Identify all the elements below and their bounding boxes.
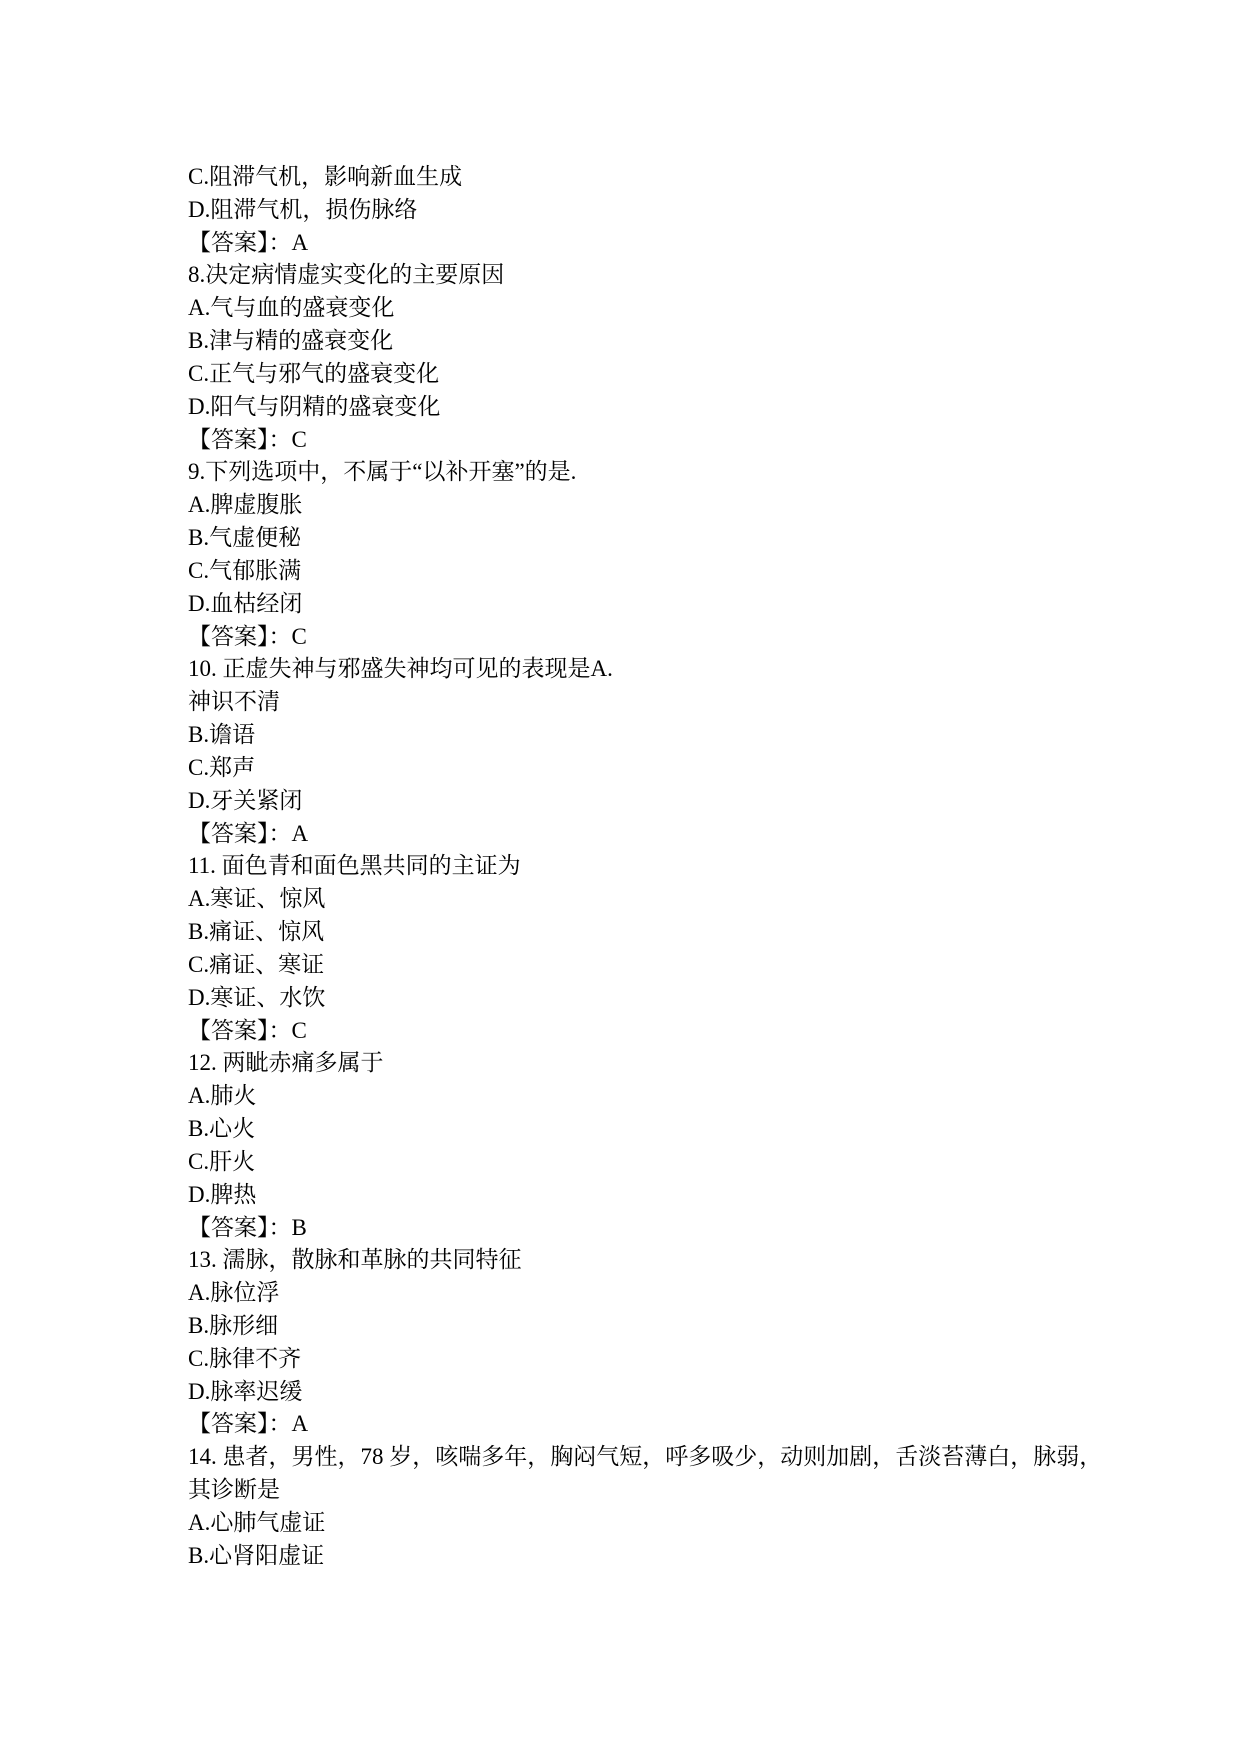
- question-stem: 10. 正虚失神与邪盛失神均可见的表现是A.: [188, 653, 1102, 686]
- question-option: C.阻滞气机，影响新血生成: [188, 161, 1102, 194]
- question-stem: 12. 两眦赤痛多属于: [188, 1047, 1102, 1080]
- question-option: C.痛证、寒证: [188, 949, 1102, 982]
- question-option: D.血枯经闭: [188, 588, 1102, 621]
- answer-line: 【答案】：B: [188, 1212, 1102, 1245]
- question-stem: 9.下列选项中，不属于“以补开塞”的是.: [188, 456, 1102, 489]
- question-block: 13. 濡脉，散脉和革脉的共同特征 A.脉位浮 B.脉形细 C.脉律不齐 D.脉…: [188, 1244, 1102, 1441]
- answer-line: 【答案】：A: [188, 1408, 1102, 1441]
- question-option: B.心肾阳虚证: [188, 1540, 1102, 1573]
- question-stem: 14. 患者，男性，78 岁，咳喘多年，胸闷气短，呼多吸少，动则加剧，舌淡苔薄白…: [188, 1441, 1102, 1474]
- question-option: A.寒证、惊风: [188, 883, 1102, 916]
- question-option: A.气与血的盛衰变化: [188, 292, 1102, 325]
- answer-line: 【答案】：C: [188, 1015, 1102, 1048]
- question-option: D.寒证、水饮: [188, 982, 1102, 1015]
- question-option: C.郑声: [188, 752, 1102, 785]
- question-block: 12. 两眦赤痛多属于 A.肺火 B.心火 C.肝火 D.脾热 【答案】：B: [188, 1047, 1102, 1244]
- question-option: D.脾热: [188, 1179, 1102, 1212]
- question-block: 9.下列选项中，不属于“以补开塞”的是. A.脾虚腹胀 B.气虚便秘 C.气郁胀…: [188, 456, 1102, 653]
- question-option: B.脉形细: [188, 1310, 1102, 1343]
- question-block: C.阻滞气机，影响新血生成 D.阻滞气机，损伤脉络 【答案】：A: [188, 161, 1102, 259]
- question-stem: 13. 濡脉，散脉和革脉的共同特征: [188, 1244, 1102, 1277]
- answer-line: 【答案】：C: [188, 621, 1102, 654]
- question-block: 11. 面色青和面色黑共同的主证为 A.寒证、惊风 B.痛证、惊风 C.痛证、寒…: [188, 850, 1102, 1047]
- question-stem: 8.决定病情虚实变化的主要原因: [188, 259, 1102, 292]
- question-option: A.肺火: [188, 1080, 1102, 1113]
- question-option: A.心肺气虚证: [188, 1507, 1102, 1540]
- question-option: A.脉位浮: [188, 1277, 1102, 1310]
- question-option: D.脉率迟缓: [188, 1376, 1102, 1409]
- question-option: B.气虚便秘: [188, 522, 1102, 555]
- answer-line: 【答案】：A: [188, 818, 1102, 851]
- question-option: B.谵语: [188, 719, 1102, 752]
- question-option: D.阳气与阴精的盛衰变化: [188, 391, 1102, 424]
- question-option: C.正气与邪气的盛衰变化: [188, 358, 1102, 391]
- question-option: C.气郁胀满: [188, 555, 1102, 588]
- question-option: B.痛证、惊风: [188, 916, 1102, 949]
- document-content: C.阻滞气机，影响新血生成 D.阻滞气机，损伤脉络 【答案】：A 8.决定病情虚…: [188, 161, 1102, 1573]
- option-continuation-line: 神识不清: [188, 686, 1102, 719]
- document-page: C.阻滞气机，影响新血生成 D.阻滞气机，损伤脉络 【答案】：A 8.决定病情虚…: [0, 0, 1241, 1754]
- question-option: D.阻滞气机，损伤脉络: [188, 194, 1102, 227]
- question-option: B.津与精的盛衰变化: [188, 325, 1102, 358]
- question-option: C.脉律不齐: [188, 1343, 1102, 1376]
- question-block: 14. 患者，男性，78 岁，咳喘多年，胸闷气短，呼多吸少，动则加剧，舌淡苔薄白…: [188, 1441, 1102, 1572]
- answer-line: 【答案】：A: [188, 227, 1102, 260]
- question-option: D.牙关紧闭: [188, 785, 1102, 818]
- stem-continuation-line: 其诊断是: [188, 1474, 1102, 1507]
- question-block: 8.决定病情虚实变化的主要原因 A.气与血的盛衰变化 B.津与精的盛衰变化 C.…: [188, 259, 1102, 456]
- question-option: B.心火: [188, 1113, 1102, 1146]
- question-stem: 11. 面色青和面色黑共同的主证为: [188, 850, 1102, 883]
- question-option: A.脾虚腹胀: [188, 489, 1102, 522]
- question-block: 10. 正虚失神与邪盛失神均可见的表现是A. 神识不清 B.谵语 C.郑声 D.…: [188, 653, 1102, 850]
- question-option: C.肝火: [188, 1146, 1102, 1179]
- answer-line: 【答案】：C: [188, 424, 1102, 457]
